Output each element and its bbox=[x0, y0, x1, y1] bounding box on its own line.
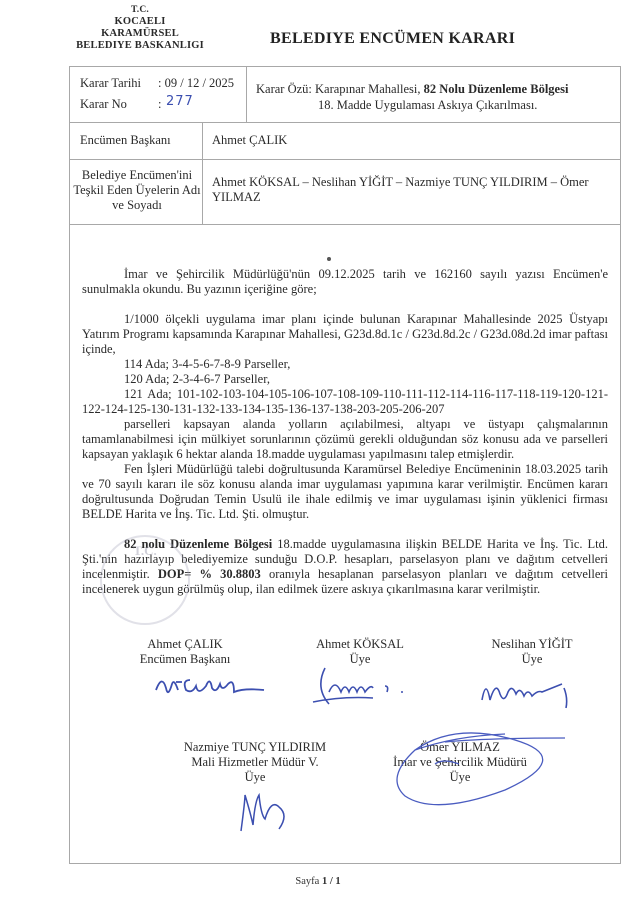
row-divider bbox=[70, 122, 620, 123]
body-paragraph-2: 1/1000 ölçekli uygulama imar planı içind… bbox=[82, 312, 608, 357]
org-line-province: KOCAELI bbox=[70, 16, 210, 28]
signer-name: Neslihan YİĞİT bbox=[472, 637, 592, 652]
decision-date-label: Karar Tarihi bbox=[80, 75, 141, 91]
decision-number-colon: : bbox=[158, 96, 161, 112]
signature-ink-chair bbox=[150, 662, 290, 702]
column-divider bbox=[202, 122, 203, 224]
chair-value: Ahmet ÇALIK bbox=[212, 132, 287, 148]
members-label: Belediye Encümen'ini Teşkil Eden Üyeleri… bbox=[72, 168, 202, 213]
signature-ink-member-3 bbox=[235, 785, 305, 835]
parcel-line-120: 120 Ada; 2-3-4-6-7 Parseller, bbox=[82, 372, 608, 387]
document-title: BELEDIYE ENCÜMEN KARARI bbox=[270, 30, 515, 48]
decision-summary-label: Karar Özü: bbox=[256, 82, 312, 96]
signer-name: Ahmet ÇALIK bbox=[125, 637, 245, 652]
org-line-municipality: BELEDIYE BASKANLIGI bbox=[70, 40, 210, 52]
signature-ink-member-4 bbox=[385, 722, 585, 812]
signature-block-member-2: Neslihan YİĞİT Üye bbox=[472, 637, 592, 667]
column-divider bbox=[246, 67, 247, 122]
decision-number-label: Karar No bbox=[80, 96, 127, 112]
page-number: 1 / 1 bbox=[322, 876, 341, 887]
signer-name: Nazmiye TUNÇ YILDIRIM bbox=[175, 740, 335, 755]
decision-summary-bold: 82 Nolu Düzenleme Bölgesi bbox=[424, 82, 569, 96]
org-line-tc: T.C. bbox=[70, 4, 210, 16]
row-divider bbox=[70, 224, 620, 225]
signer-role: Üye bbox=[472, 652, 592, 667]
decision-summary: Karar Özü: Karapınar Mahallesi, 82 Nolu … bbox=[256, 81, 616, 113]
stamp-text: T.C. bbox=[102, 543, 188, 559]
organization-header: T.C. KOCAELI KARAMÜRSEL BELEDIYE BASKANL… bbox=[70, 4, 210, 52]
body-paragraph-1: İmar ve Şehircilik Müdürlüğü'nün 09.12.2… bbox=[82, 267, 608, 297]
decision-number-value: 277 bbox=[166, 94, 194, 110]
decision-summary-text: Karapınar Mahallesi, bbox=[315, 82, 421, 96]
body-paragraph-4: Fen İşleri Müdürlüğü talebi doğrultusund… bbox=[82, 462, 608, 522]
official-stamp: T.C. bbox=[100, 535, 190, 625]
page-footer: Sayfa 1 / 1 bbox=[0, 876, 636, 887]
signature-ink-member-1 bbox=[305, 662, 425, 712]
parcel-line-121: 121 Ada; 101-102-103-104-105-106-107-108… bbox=[82, 387, 608, 417]
parcel-line-114: 114 Ada; 3-4-5-6-7-8-9 Parseller, bbox=[82, 357, 608, 372]
decision-date-value: : 09 / 12 / 2025 bbox=[158, 75, 234, 91]
signer-name: Ahmet KÖKSAL bbox=[300, 637, 420, 652]
members-value: Ahmet KÖKSAL – Neslihan YİĞİT – Nazmiye … bbox=[212, 175, 612, 205]
signature-ink-member-2 bbox=[478, 672, 588, 712]
decision-summary-line2: 18. Madde Uygulaması Askıya Çıkarılması. bbox=[256, 97, 616, 113]
page-label: Sayfa bbox=[295, 876, 319, 887]
signer-role: Mali Hizmetler Müdür V. bbox=[175, 755, 335, 770]
org-line-district: KARAMÜRSEL bbox=[70, 28, 210, 40]
row-divider bbox=[70, 159, 620, 160]
body-paragraph-3: parselleri kapsayan alanda yolların açıl… bbox=[82, 417, 608, 462]
signer-role-2: Üye bbox=[175, 770, 335, 785]
scan-dot bbox=[327, 257, 331, 261]
chair-label: Encümen Başkanı bbox=[80, 132, 171, 148]
signature-block-member-3: Nazmiye TUNÇ YILDIRIM Mali Hizmetler Müd… bbox=[175, 740, 335, 785]
